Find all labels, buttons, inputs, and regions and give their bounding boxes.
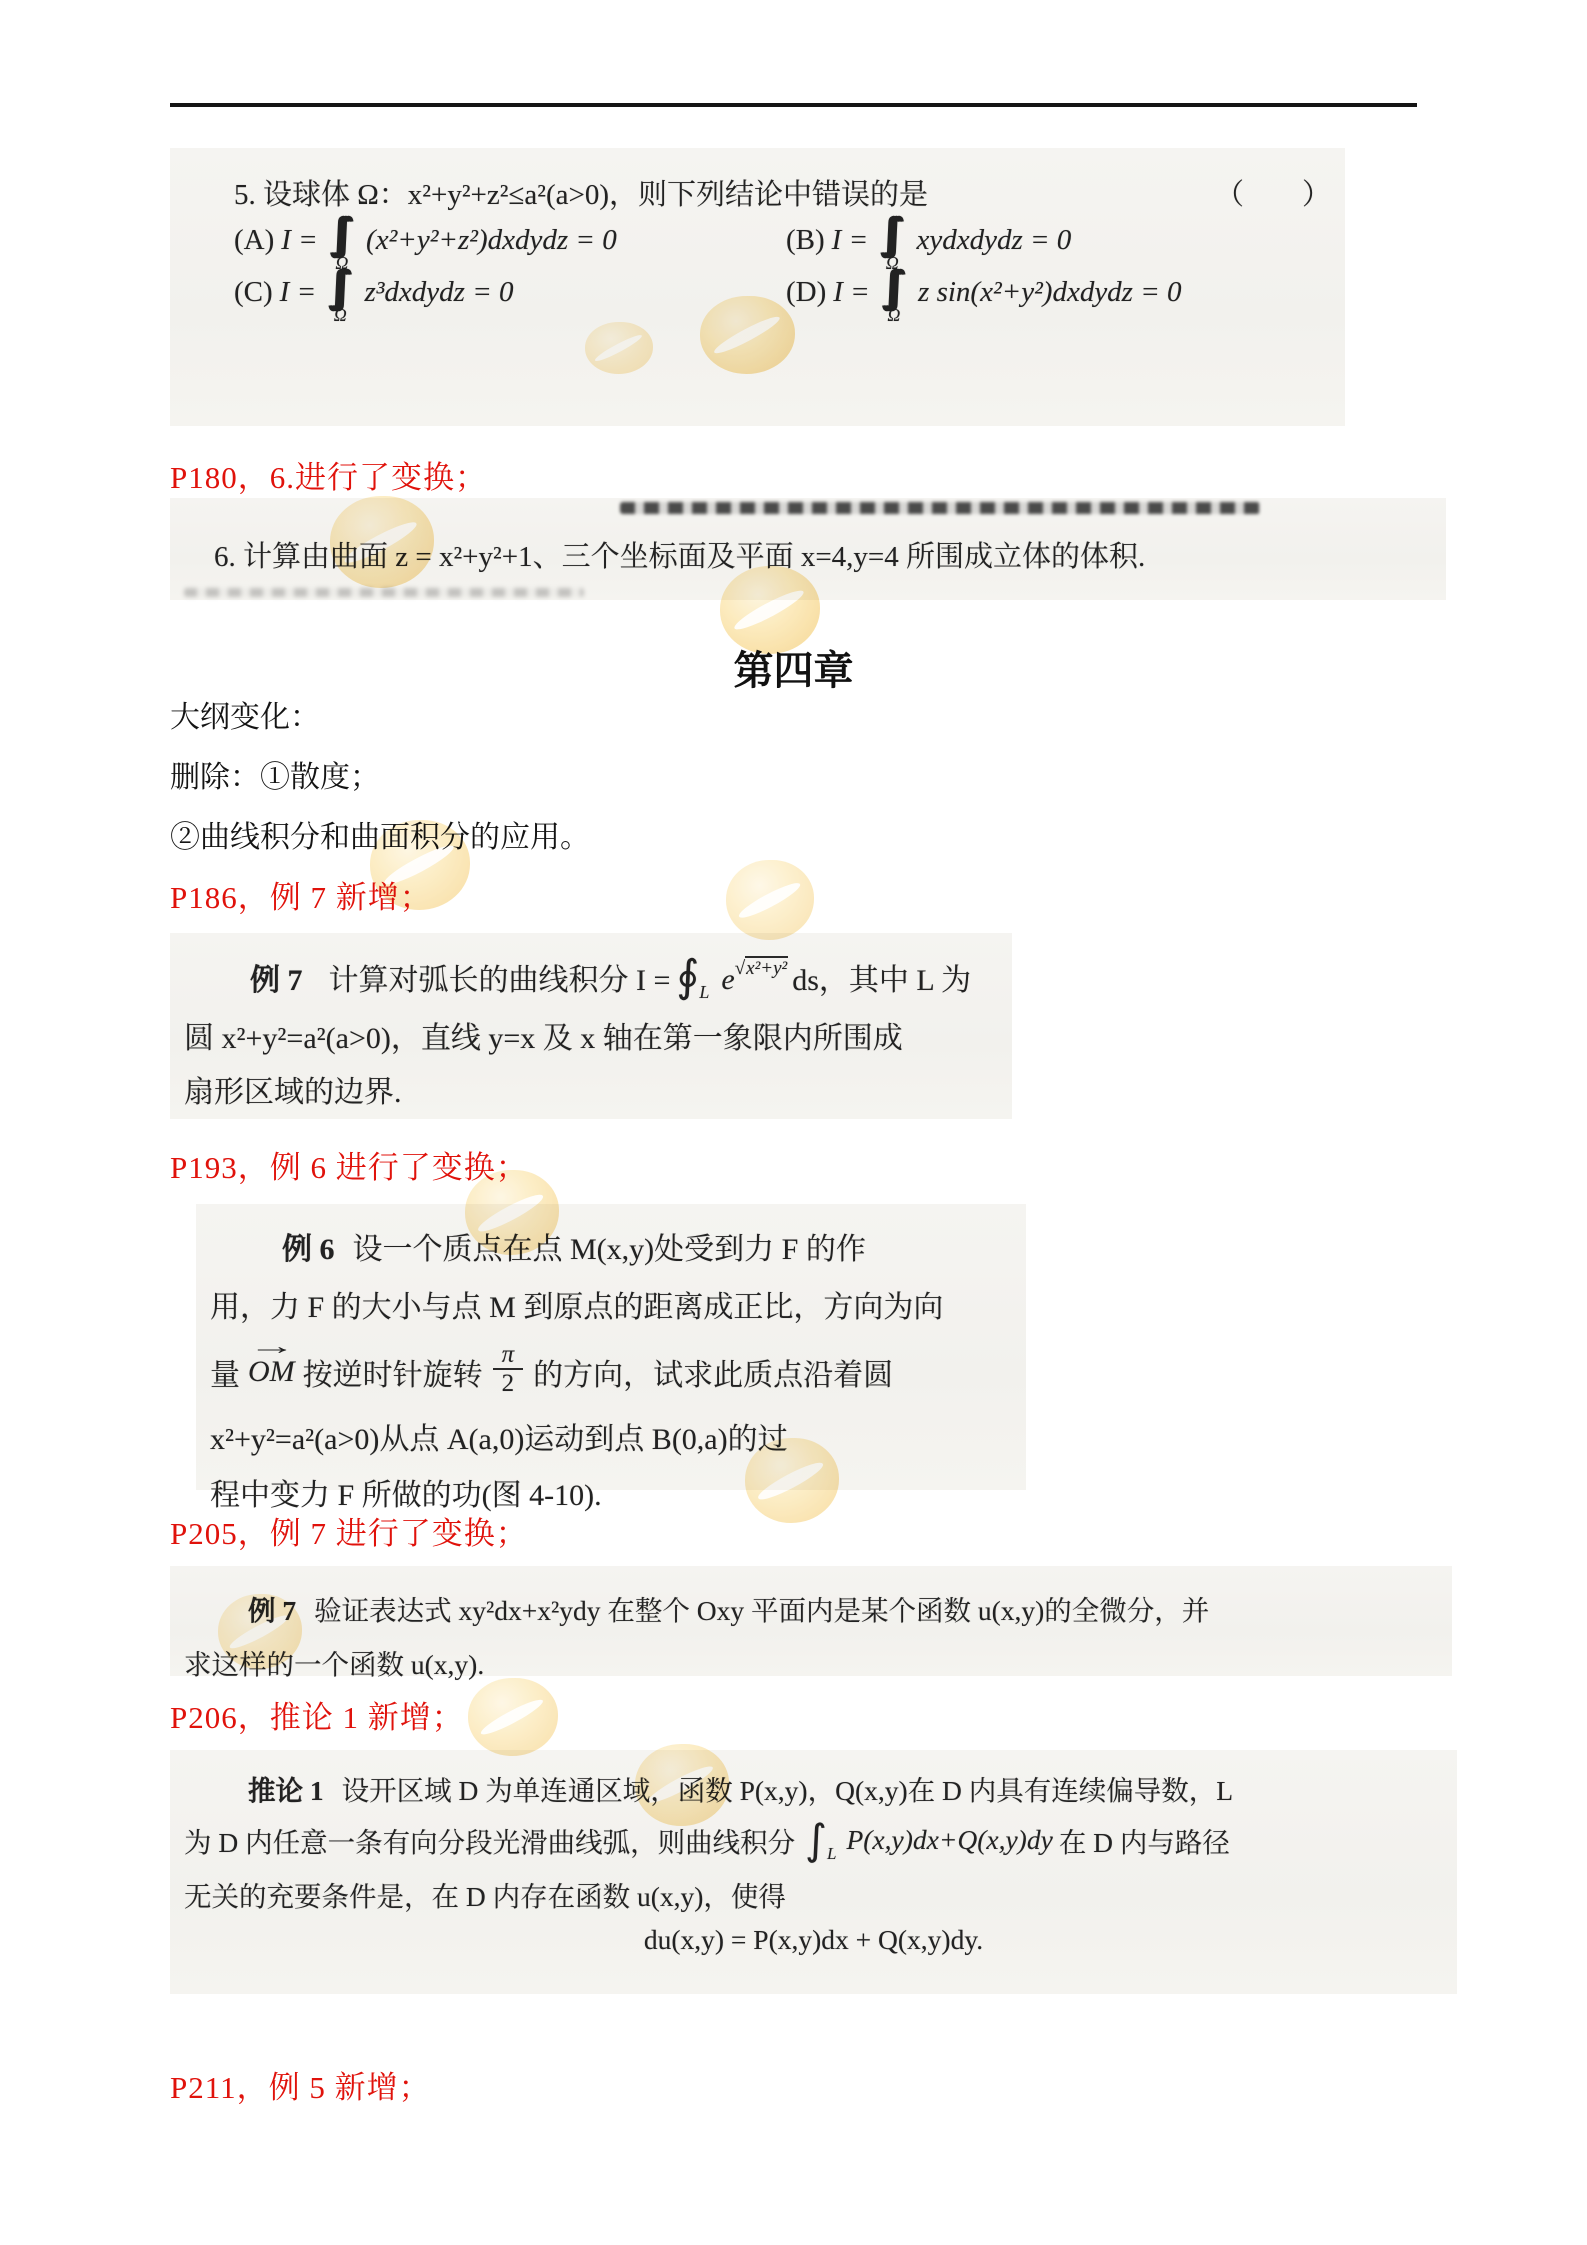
syllabus-deletion-2: ②曲线积分和曲面积分的应用。 (170, 812, 590, 856)
problem-5-stem: 5. 设球体 Ω：x²+y²+z²≤a²(a>0)，则下列结论中错误的是 (234, 172, 928, 213)
example-6-text: 按逆时针旋转 (303, 1350, 483, 1394)
watermark-blob (468, 1678, 558, 1756)
corollary-1-scan: 推论 1设开区域 D 为单连通区域，函数 P(x,y)，Q(x,y)在 D 内具… (170, 1750, 1457, 1994)
option-d-body: z sin(x²+y²)dxdydz = 0 (918, 276, 1182, 309)
cutoff-text-smudge (620, 502, 1260, 514)
radical-icon: √ (735, 958, 745, 979)
example-6-text: 量 (210, 1350, 240, 1394)
example-label: 例 7 (250, 955, 303, 999)
syllabus-intro: 大纲变化： (170, 692, 320, 736)
option-a-label: (A) (234, 224, 274, 257)
syllabus-deletion-1: 删除：①散度； (170, 752, 380, 796)
option-b-body: xydxdydz = 0 (916, 224, 1071, 257)
revision-note-p205: P205，例 7 进行了变换； (170, 1508, 528, 1553)
contour-integral-icon: ∮ L (676, 959, 709, 994)
line-integral-icon: ∫ L (805, 1823, 836, 1857)
corollary-equation: du(x,y) = P(x,y)dx + Q(x,y)dy. (170, 1914, 1457, 1956)
answer-blank: （ ） (1215, 172, 1331, 213)
corollary-text: 无关的充要条件是，在 D 内存在函数 u(x,y)，使得 (170, 1860, 1457, 1914)
fraction-pi-over-2: π 2 (493, 1342, 524, 1398)
option-c-label: (C) (234, 276, 273, 309)
example-6-text: 的方向，试求此质点沿着圆 (533, 1350, 893, 1394)
corollary-text: 在 D 内与路径 (1059, 1820, 1230, 1860)
watermark-blob (726, 860, 814, 940)
option-c-body: z³dxdydz = 0 (364, 276, 513, 309)
euler-e: e (721, 963, 734, 996)
example-7-text: 求这样的一个函数 u(x,y). (170, 1628, 1452, 1682)
option-a: (A) I = ∫∫∫ Ω (x²+y²+z²)dxdydz = 0 (234, 215, 786, 266)
problem-5-scan: 5. 设球体 Ω：x²+y²+z²≤a²(a>0)，则下列结论中错误的是 （ ）… (170, 148, 1345, 426)
example-6-text: 程中变力 F 所做的功(图 4-10). (196, 1458, 1026, 1514)
triple-integral-icon: ∫∫∫ Ω (880, 272, 908, 323)
problem-6-scan: 6. 计算由曲面 z = x²+y²+1、三个坐标面及平面 x=4,y=4 所围… (170, 498, 1446, 600)
option-a-body: (x²+y²+z²)dxdydz = 0 (366, 224, 617, 257)
vector-om: → OM (248, 1355, 295, 1389)
example-7-text: ds，其中 L 为 (792, 955, 971, 999)
option-d-lhs: I = (833, 276, 869, 309)
example-7-p205-scan: 例 7验证表达式 xy²dx+x²ydy 在整个 Oxy 平面内是某个函数 u(… (170, 1566, 1452, 1676)
example-6-text: x²+y²=a²(a>0)从点 A(a,0)运动到点 B(0,a)的过 (196, 1400, 1026, 1458)
chapter-heading: 第四章 (0, 639, 1587, 696)
revision-note-p180: P180，6.进行了变换； (170, 452, 487, 497)
corollary-text: 设开区域 D 为单连通区域，函数 P(x,y)，Q(x,y)在 D 内具有连续偏… (342, 1775, 1233, 1806)
example-6-text: 用，力 F 的大小与点 M 到原点的距离成正比，方向为向 (196, 1268, 1026, 1326)
vector-arrow-icon: → (248, 1335, 296, 1359)
example-6-p193-scan: 例 6设一个质点在点 M(x,y)处受到力 F 的作 用，力 F 的大小与点 M… (196, 1204, 1026, 1490)
option-c-lhs: I = (280, 276, 316, 309)
cutoff-text-smudge (184, 588, 584, 597)
corollary-label: 推论 1 (248, 1775, 324, 1806)
example-7-text: 圆 x²+y²=a²(a>0)，直线 y=x 及 x 轴在第一象限内所围成 (170, 999, 1012, 1057)
example-6-text: 设一个质点在点 M(x,y)处受到力 F 的作 (353, 1233, 866, 1266)
triple-integral-icon: ∫∫∫ Ω (326, 272, 354, 323)
header-divider (170, 103, 1417, 107)
option-b-lhs: I = (832, 224, 868, 257)
revision-note-p211: P211，例 5 新增； (170, 2062, 431, 2107)
example-7-text: 计算对弧长的曲线积分 I = (329, 955, 671, 999)
revision-note-p186: P186，例 7 新增； (170, 872, 432, 917)
option-d-label: (D) (786, 276, 826, 309)
document-page: 5. 设球体 Ω：x²+y²+z²≤a²(a>0)，则下列结论中错误的是 （ ）… (0, 0, 1587, 2245)
option-a-lhs: I = (281, 224, 317, 257)
example-label: 例 7 (248, 1595, 296, 1626)
example-7-text: 验证表达式 xy²dx+x²ydy 在整个 Oxy 平面内是某个函数 u(x,y… (314, 1595, 1209, 1626)
example-label: 例 6 (282, 1233, 335, 1266)
example-7-text: 扇形区域的边界. (170, 1057, 1012, 1111)
corollary-formula: P(x,y)dx+Q(x,y)dy (846, 1824, 1052, 1856)
option-d: (D) I = ∫∫∫ Ω z sin(x²+y²)dxdydz = 0 (786, 268, 1182, 319)
example-7-p186-scan: 例 7 计算对弧长的曲线积分 I = ∮ L e√x²+y² ds，其中 L 为… (170, 933, 1012, 1119)
revision-note-p193: P193，例 6 进行了变换； (170, 1142, 528, 1187)
corollary-text: 为 D 内任意一条有向分段光滑曲线弧，则曲线积分 (184, 1820, 795, 1860)
option-b-label: (B) (786, 224, 825, 257)
revision-note-p206: P206，推论 1 新增； (170, 1692, 464, 1737)
option-b: (B) I = ∫∫∫ Ω xydxdydz = 0 (786, 215, 1071, 266)
option-c: (C) I = ∫∫∫ Ω z³dxdydz = 0 (234, 268, 786, 319)
